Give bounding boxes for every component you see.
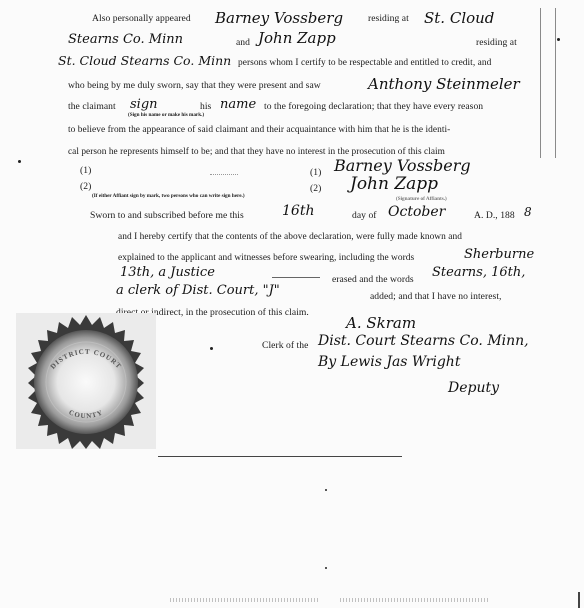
mark-right-2: (2) (310, 183, 321, 194)
respectable-text: persons whom I certify to be respectable… (238, 58, 491, 68)
residing-label-2: residing at (476, 37, 517, 48)
scan-noise (170, 598, 320, 602)
and-label: and (236, 37, 250, 48)
mark-left-2: (2) (80, 181, 91, 192)
sworn-day: 16th (282, 203, 314, 219)
ink-speck (210, 347, 213, 350)
foregoing-text: to the foregoing declaration; that they … (264, 101, 483, 112)
clerk-label: Clerk of the (262, 340, 308, 351)
left-margin-dot (18, 160, 21, 163)
court-name: Dist. Court Stearns Co. Minn, (318, 333, 529, 349)
words-added-a: Stearns, 16th, (432, 265, 525, 280)
witness1-residence: St. Cloud (424, 9, 494, 27)
affidavit-page: Also personally appeared Barney Vossberg… (0, 0, 584, 608)
edge-mark (578, 592, 580, 608)
residing-label-1: residing at (368, 13, 409, 24)
mark-line-1 (210, 174, 238, 175)
witness2-name: John Zapp (258, 29, 336, 47)
certify-line-2: explained to the applicant and witnesses… (118, 253, 414, 263)
erased-label: erased and the words (332, 274, 414, 285)
mark-left-1: (1) (80, 165, 91, 176)
believe-text: to believe from the appearance of said c… (68, 125, 450, 135)
witness2-signature: John Zapp (350, 174, 438, 194)
his-label: his (200, 101, 211, 112)
sign-hint: (Sign his name or make his mark.) (128, 112, 204, 118)
margin-rule-1 (540, 8, 541, 158)
mark-hint: (If either Affiant sign by mark, two per… (92, 193, 245, 199)
duly-sworn-text: who being by me duly sworn, say that the… (68, 80, 321, 91)
witness1-signature: Barney Vossberg (334, 156, 471, 175)
seal-area: DISTRICT COURT COUNTY (16, 313, 156, 449)
claimant-label: the claimant (68, 101, 116, 112)
day-of-label: day of (352, 210, 377, 221)
witness2-residence: St. Cloud Stearns Co. Minn (58, 53, 231, 68)
deputy-title: Deputy (448, 380, 499, 396)
mark-right-1: (1) (310, 167, 321, 178)
year-suffix: 8 (524, 205, 532, 219)
name-word: name (220, 97, 256, 112)
bottom-rule (158, 456, 402, 457)
sign-word: sign (130, 97, 158, 112)
added-label: added; and that I have no interest, (370, 291, 502, 302)
year-prefix: A. D., 188 (474, 210, 515, 221)
erased-fill-line (272, 277, 320, 278)
sworn-month: October (388, 204, 445, 220)
deputy-by: By Lewis Jas Wright (318, 354, 460, 370)
claimant-name: Anthony Steinmeler (368, 75, 520, 93)
clerk-signature: A. Skram (346, 314, 416, 332)
witness1-residence-cont: Stearns Co. Minn (68, 32, 183, 47)
sworn-text: Sworn to and subscribed before me this (90, 210, 244, 221)
scan-speck (325, 489, 327, 491)
scan-speck (325, 567, 327, 569)
margin-dot (557, 38, 560, 41)
appeared-label: Also personally appeared (92, 13, 191, 24)
court-seal-icon: DISTRICT COURT COUNTY (16, 313, 156, 449)
words-included-a: Sherburne (464, 247, 534, 262)
words-added-b: a clerk of Dist. Court, "J" (116, 283, 280, 298)
certify-line-1: and I hereby certify that the contents o… (118, 232, 462, 242)
scan-noise (340, 598, 490, 602)
signature-hint: (Signature of Affiants.) (396, 196, 447, 202)
words-included-b: 13th, a Justice (120, 265, 215, 280)
witness1-name: Barney Vossberg (215, 9, 343, 27)
margin-rule-2 (555, 8, 556, 158)
